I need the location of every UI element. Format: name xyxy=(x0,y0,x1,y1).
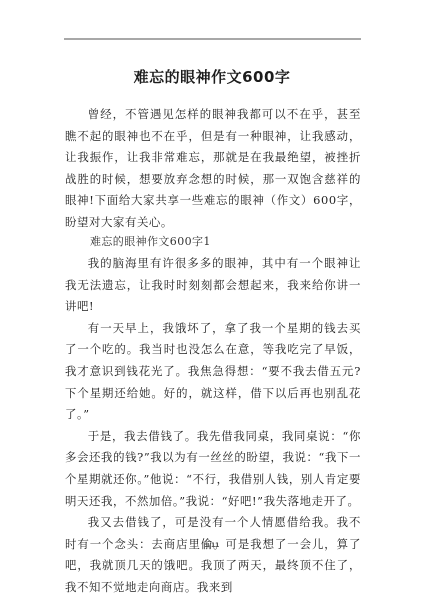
paragraph: 我又去借钱了，可是没有一个人情愿借给我。我不时有一个念头：去商店里偷。可是我想了… xyxy=(65,512,361,598)
document-page: 难忘的眼神作文600字 曾经，不管遇见怎样的眼神我都可以不在乎，甚至瞧不起的眼神… xyxy=(0,0,424,600)
page-number: 1/11 xyxy=(0,542,424,549)
section-heading: 难忘的眼神作文600字1 xyxy=(90,233,211,249)
paragraph: 于是，我去借钱了。我先借我同桌，我同桌说：“你多会还我的钱?”我以为有一丝丝的盼… xyxy=(65,426,361,512)
paragraph: 我的脑海里有许很多多的眼神，其中有一个眼神让我无法遗忘，让我时时刻刻都会想起来，… xyxy=(65,253,361,318)
document-title: 难忘的眼神作文600字 xyxy=(0,66,424,87)
paragraph: 有一天早上，我饿坏了，拿了我一个星期的钱去买了一个吃的。我当时也没怎么在意，等我… xyxy=(65,318,361,426)
intro-paragraph: 曾经，不管遇见怎样的眼神我都可以不在乎，甚至瞧不起的眼神也不在乎，但是有一种眼神… xyxy=(65,104,361,234)
header-divider xyxy=(64,38,361,40)
intro-block: 曾经，不管遇见怎样的眼神我都可以不在乎，甚至瞧不起的眼神也不在乎，但是有一种眼神… xyxy=(65,104,361,234)
